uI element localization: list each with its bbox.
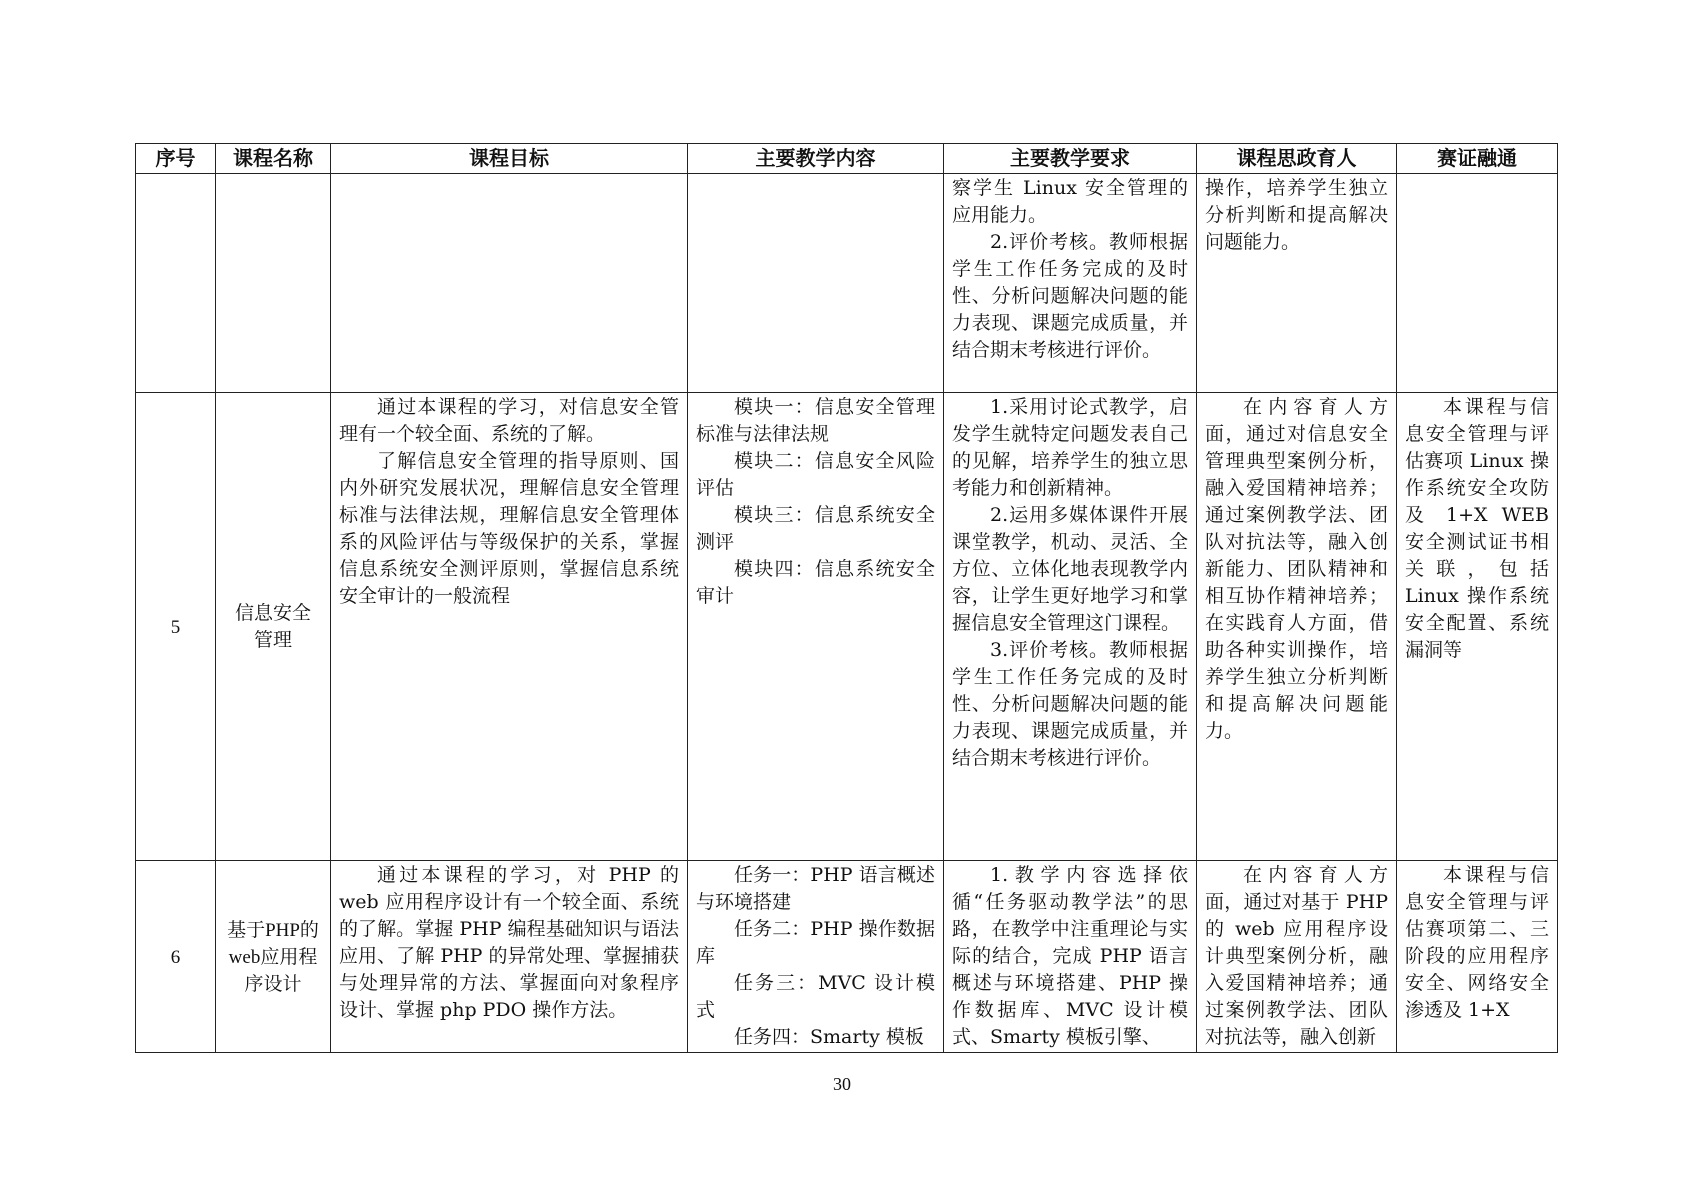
cell-content [688,174,944,393]
table-row-6: 6 基于PHP的web应用程序设计 通过本课程的学习，对 PHP 的 web 应… [136,861,1558,1053]
cell-index: 5 [136,393,216,861]
header-certification: 赛证融通 [1397,144,1558,174]
header-index: 序号 [136,144,216,174]
cell-certification [1397,174,1558,393]
header-requirements: 主要教学要求 [944,144,1197,174]
cell-index [136,174,216,393]
cell-certification: 本课程与信息安全管理与评估赛项 Linux 操作系统安全攻防及 1+X WEB … [1397,393,1558,861]
table-row-continuation: 察学生 Linux 安全管理的应用能力。 2.评价考核。教师根据学生工作任务完成… [136,174,1558,393]
cell-objectives: 通过本课程的学习，对 PHP 的 web 应用程序设计有一个较全面、系统的了解。… [331,861,688,1053]
cell-certification: 本课程与信息安全管理与评估赛项第二、三阶段的应用程序安全、网络安全渗透及 1+X [1397,861,1558,1053]
table-row-5: 5 信息安全管理 通过本课程的学习，对信息安全管理有一个较全面、系统的了解。 了… [136,393,1558,861]
cell-index: 6 [136,861,216,1053]
cell-objectives [331,174,688,393]
page-number: 30 [0,1074,1684,1095]
cell-ideology: 在内容育人方面，通过对基于 PHP 的 web 应用程序设计典型案例分析，融入爱… [1197,861,1397,1053]
cell-content: 任务一：PHP 语言概述与环境搭建 任务二：PHP 操作数据库 任务三：MVC … [688,861,944,1053]
header-course-name: 课程名称 [216,144,331,174]
cell-course [216,174,331,393]
cell-course: 基于PHP的web应用程序设计 [216,861,331,1053]
header-content: 主要教学内容 [688,144,944,174]
cell-requirements: 1.教学内容选择依循“任务驱动教学法”的思路，在教学中注重理论与实际的结合，完成… [944,861,1197,1053]
curriculum-table: 序号 课程名称 课程目标 主要教学内容 主要教学要求 课程思政育人 赛证融通 察… [135,143,1558,1053]
cell-content: 模块一：信息安全管理标准与法律法规 模块二：信息安全风险评估 模块三：信息系统安… [688,393,944,861]
header-ideology: 课程思政育人 [1197,144,1397,174]
table-header-row: 序号 课程名称 课程目标 主要教学内容 主要教学要求 课程思政育人 赛证融通 [136,144,1558,174]
cell-objectives: 通过本课程的学习，对信息安全管理有一个较全面、系统的了解。 了解信息安全管理的指… [331,393,688,861]
header-objectives: 课程目标 [331,144,688,174]
cell-requirements: 1.采用讨论式教学，启发学生就特定问题发表自己的见解，培养学生的独立思考能力和创… [944,393,1197,861]
cell-requirements: 察学生 Linux 安全管理的应用能力。 2.评价考核。教师根据学生工作任务完成… [944,174,1197,393]
cell-ideology: 操作，培养学生独立分析判断和提高解决问题能力。 [1197,174,1397,393]
cell-ideology: 在内容育人方面，通过对信息安全管理典型案例分析，融入爱国精神培养；通过案例教学法… [1197,393,1397,861]
cell-course: 信息安全管理 [216,393,331,861]
